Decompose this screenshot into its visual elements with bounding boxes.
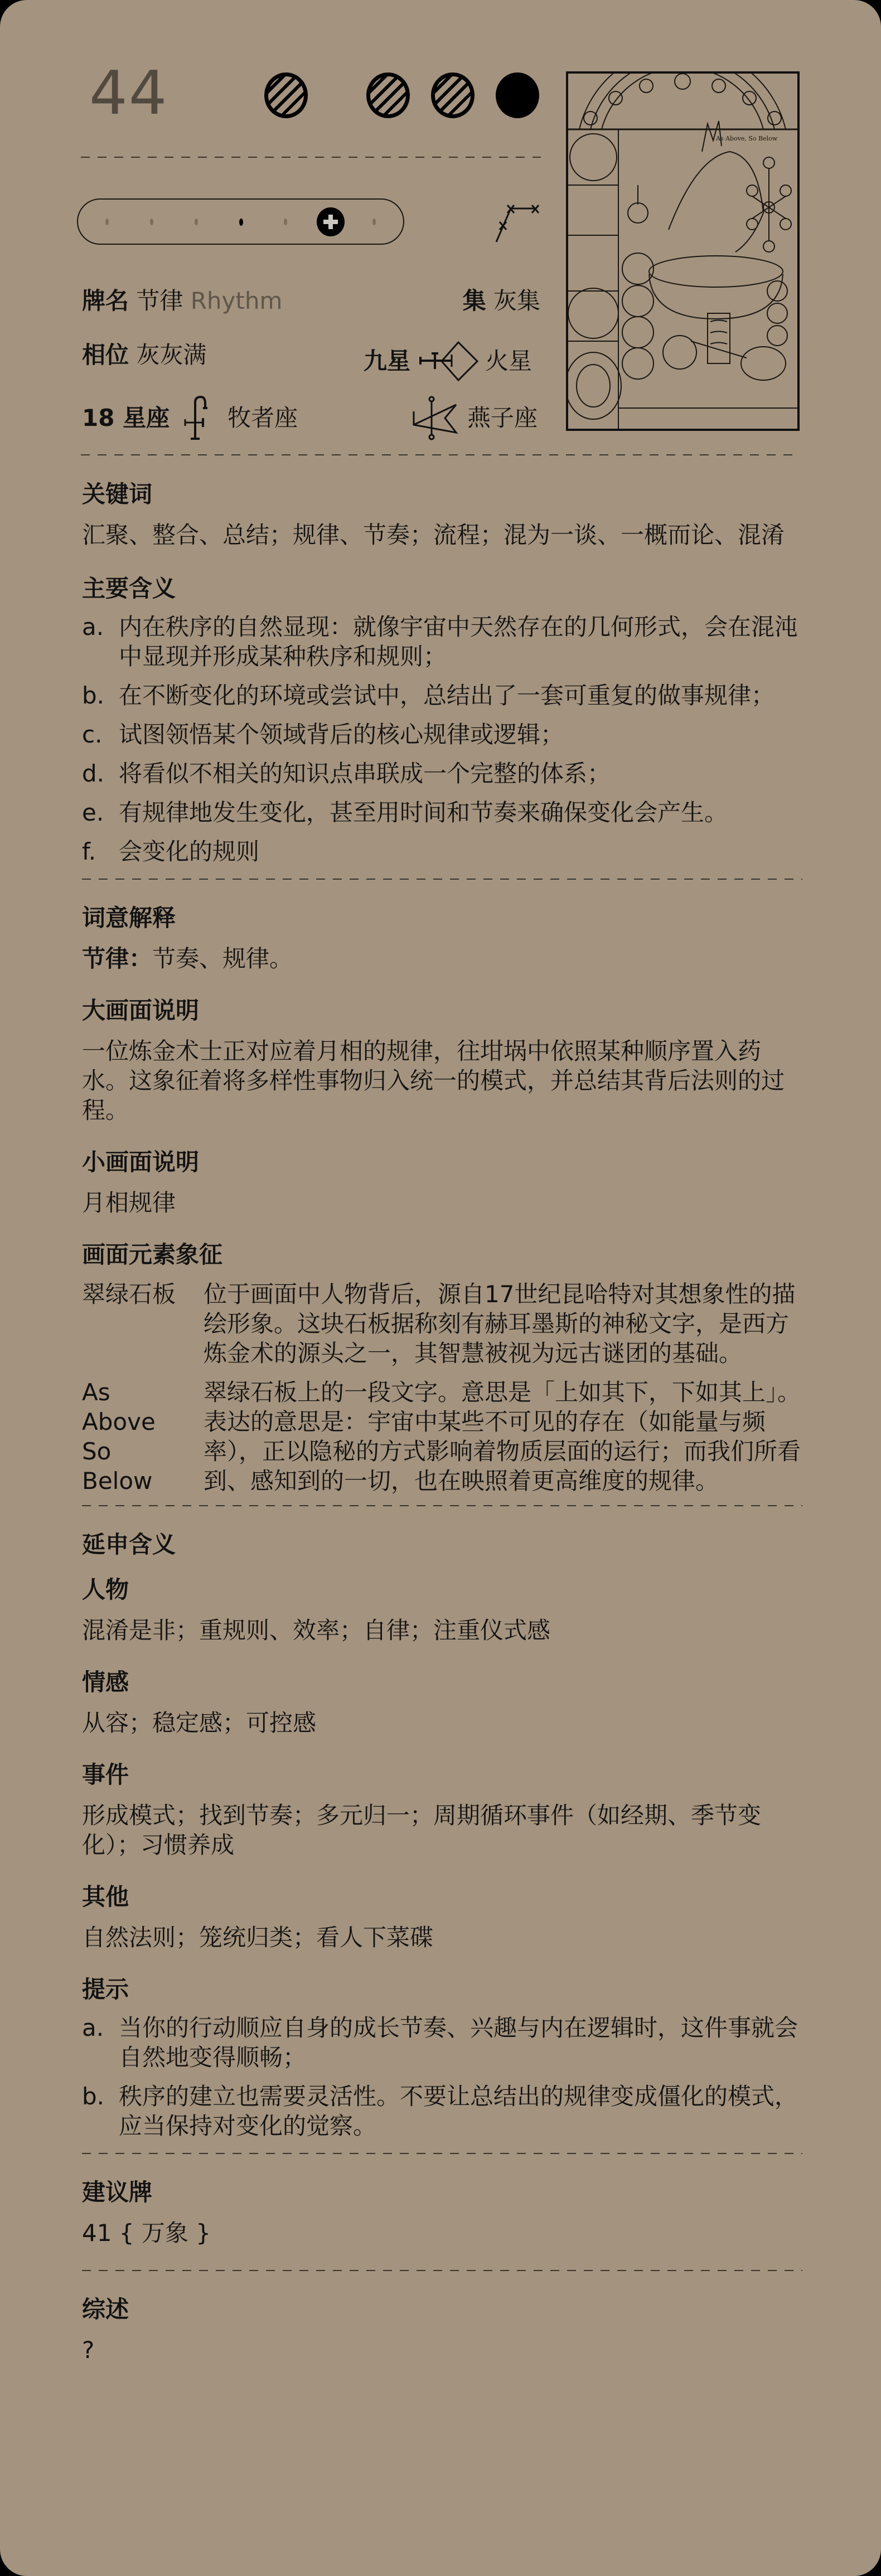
list-marker: e. <box>82 798 119 827</box>
list-marker: b. <box>82 681 119 710</box>
small-picture-section: 小画面说明 月相规律 <box>82 1147 802 1217</box>
word-meaning-text: 节律：节奏、规律。 <box>82 944 802 973</box>
list-text: 在不断变化的环境或尝试中，总结出了一套可重复的做事规律； <box>119 681 802 710</box>
pager-dot[interactable] <box>195 219 198 225</box>
content-body: 关键词 汇聚、整合、总结；规律、节奏；流程；混为一谈、一概而论、混淆 主要含义 … <box>82 479 802 2365</box>
section-title: 延申含义 <box>82 1530 802 1559</box>
list-marker: b. <box>82 2082 119 2141</box>
divider <box>82 879 802 880</box>
hatched-moon-icon <box>366 72 410 118</box>
plus-icon <box>322 214 339 230</box>
hatched-moon-icon <box>264 72 308 118</box>
card-number: 44 <box>89 60 168 127</box>
other-text: 自然法则；笼统归类；看人下菜碟 <box>82 1923 802 1952</box>
divider <box>81 157 541 158</box>
phase-row: 相位 灰灰满 <box>82 341 206 369</box>
list-marker: c. <box>82 720 119 749</box>
section-title: 画面元素象征 <box>82 1240 802 1269</box>
divider <box>81 454 800 455</box>
list-marker: f. <box>82 837 119 866</box>
word-meaning-term: 节律： <box>82 945 152 972</box>
constellation-value-2: 燕子座 <box>467 404 538 432</box>
section-title: 词意解释 <box>82 903 802 933</box>
subsection-title: 提示 <box>82 1975 802 2004</box>
phase-value: 灰灰满 <box>136 341 206 368</box>
emotion-text: 从容；稳定感；可控感 <box>82 1708 802 1738</box>
list-item: b.在不断变化的环境或尝试中，总结出了一套可重复的做事规律； <box>82 681 802 710</box>
list-text: 将看似不相关的知识点串联成一个完整的体系； <box>119 759 802 788</box>
list-item: a.内在秩序的自然显现：就像宇宙中天然存在的几何形式，会在混沌中显现并形成某种秩… <box>82 612 802 671</box>
event-text: 形成模式；找到节奏；多元归一；周期循环事件（如经期、季节变化）；习惯养成 <box>82 1801 802 1860</box>
section-title: 综述 <box>82 2294 802 2324</box>
set-value: 灰集 <box>493 287 540 314</box>
pager-dot[interactable] <box>284 219 287 225</box>
card-detail-page: 44 <box>0 0 881 2576</box>
divider <box>82 2270 802 2271</box>
card-set-row: 集 灰集 <box>463 287 540 315</box>
constellation-row: 18 星座 牧者座 <box>82 396 298 440</box>
subsection-title: 事件 <box>82 1760 802 1789</box>
list-text: 会变化的规则 <box>119 837 802 866</box>
symbol-term: As Above So Below <box>82 1377 204 1496</box>
section-title: 大画面说明 <box>82 996 802 1025</box>
symbols-list: 翠绿石板 位于画面中人物背后，源自17世纪昆哈特对其想象性的描绘形象。这块石板据… <box>82 1279 802 1496</box>
full-moon-icon <box>496 72 539 118</box>
subsection-title: 情感 <box>82 1667 802 1697</box>
small-picture-text: 月相规律 <box>82 1188 802 1217</box>
pager-dot[interactable] <box>150 219 153 225</box>
main-meaning-list: a.内在秩序的自然显现：就像宇宙中天然存在的几何形式，会在混沌中显现并形成某种秩… <box>82 612 802 866</box>
pager-dot[interactable] <box>105 219 109 225</box>
list-item: c.试图领悟某个领域背后的核心规律或逻辑； <box>82 720 802 749</box>
list-item: d.将看似不相关的知识点串联成一个完整的体系； <box>82 759 802 788</box>
list-marker: a. <box>82 2013 119 2072</box>
card-name-row: 牌名 节律 Rhythm <box>82 287 282 315</box>
people-text: 混淆是非；重规则、效率；自律；注重仪式感 <box>82 1616 802 1645</box>
constellation-value-1: 牧者座 <box>227 404 298 432</box>
symbol-row: 翠绿石板 位于画面中人物背后，源自17世纪昆哈特对其想象性的描绘形象。这块石板据… <box>82 1279 802 1368</box>
list-item: a.当你的行动顺应自身的成长节奏、兴趣与内在逻辑时，这件事就会自然地变得顺畅； <box>82 2013 802 2072</box>
summary-section: 综述 ? <box>82 2294 802 2365</box>
list-marker: a. <box>82 612 119 671</box>
section-title: 建议牌 <box>82 2177 802 2207</box>
list-text: 试图领悟某个领域背后的核心规律或逻辑； <box>119 720 802 749</box>
nine-star-value: 火星 <box>485 347 532 375</box>
list-marker: d. <box>82 759 119 788</box>
symbol-desc: 翠绿石板上的一段文字。意思是「上如其下，下如其上」。表达的意思是：宇宙中某些不可… <box>204 1377 802 1496</box>
word-meaning-section: 词意解释 节律：节奏、规律。 <box>82 903 802 973</box>
extended-section: 延申含义 人物 混淆是非；重规则、效率；自律；注重仪式感 情感 从容；稳定感；可… <box>82 1530 802 2141</box>
list-item: f.会变化的规则 <box>82 837 802 866</box>
list-item: b.秩序的建立也需要灵活性。不要让总结出的规律变成僵化的模式，应当保持对变化的觉… <box>82 2082 802 2141</box>
card-name-label: 牌名 <box>82 287 129 314</box>
pager-dot-active[interactable] <box>239 219 243 226</box>
section-title: 关键词 <box>82 479 802 509</box>
set-label: 集 <box>463 287 486 314</box>
card-name-cn: 节律 <box>136 287 183 314</box>
hatched-moon-icon <box>431 72 475 118</box>
symbols-section: 画面元素象征 翠绿石板 位于画面中人物背后，源自17世纪昆哈特对其想象性的描绘形… <box>82 1240 802 1496</box>
tips-list: a.当你的行动顺应自身的成长节奏、兴趣与内在逻辑时，这件事就会自然地变得顺畅； … <box>82 2013 802 2141</box>
main-meaning-section: 主要含义 a.内在秩序的自然显现：就像宇宙中天然存在的几何形式，会在混沌中显现并… <box>82 574 802 866</box>
big-picture-text: 一位炼金术士正对应着月相的规律，往坩埚中依照某种顺序置入药水。这象征着将多样性事… <box>82 1036 802 1125</box>
pager-dot[interactable] <box>372 219 376 225</box>
swallow-sigil-icon <box>413 396 459 440</box>
big-picture-section: 大画面说明 一位炼金术士正对应着月相的规律，往坩埚中依照某种顺序置入药水。这象征… <box>82 996 802 1125</box>
symbol-term: 翠绿石板 <box>82 1279 204 1368</box>
mars-sigil-icon <box>418 341 480 381</box>
alchemist-illustration: As Above, So Below <box>568 74 797 429</box>
keywords-section: 关键词 汇聚、整合、总结；规律、节奏；流程；混为一谈、一概而论、混淆 <box>82 479 802 550</box>
list-text: 有规律地发生变化，甚至用时间和节奏来确保变化会产生。 <box>119 798 802 827</box>
svg-text:As Above, So Below: As Above, So Below <box>715 135 778 142</box>
divider <box>82 2153 802 2154</box>
nine-star-label: 九星 <box>364 347 410 375</box>
symbol-desc: 位于画面中人物背后，源自17世纪昆哈特对其想象性的描绘形象。这块石板据称刻有赫耳… <box>204 1279 802 1368</box>
card-name-en: Rhythm <box>191 287 283 314</box>
section-title: 主要含义 <box>82 574 802 603</box>
constellation-label: 18 星座 <box>82 404 170 432</box>
suggested-card-link[interactable]: 41 { 万象 } <box>82 2218 802 2248</box>
list-text: 秩序的建立也需要灵活性。不要让总结出的规律变成僵化的模式，应当保持对变化的觉察。 <box>119 2082 802 2141</box>
list-text: 内在秩序的自然显现：就像宇宙中天然存在的几何形式，会在混沌中显现并形成某种秩序和… <box>119 612 802 671</box>
constellation-row-2: 燕子座 <box>413 396 538 440</box>
subsection-title: 其他 <box>82 1882 802 1912</box>
word-meaning-desc: 节奏、规律。 <box>152 945 293 972</box>
section-title: 小画面说明 <box>82 1147 802 1177</box>
keywords-text: 汇聚、整合、总结；规律、节奏；流程；混为一谈、一概而论、混淆 <box>82 520 802 550</box>
subsection-title: 人物 <box>82 1575 802 1604</box>
list-item: e.有规律地发生变化，甚至用时间和节奏来确保变化会产生。 <box>82 798 802 827</box>
constellation-icon[interactable] <box>491 201 542 243</box>
symbol-row: As Above So Below 翠绿石板上的一段文字。意思是「上如其下，下如… <box>82 1377 802 1496</box>
summary-text: ? <box>82 2335 802 2365</box>
list-text: 当你的行动顺应自身的成长节奏、兴趣与内在逻辑时，这件事就会自然地变得顺畅； <box>119 2013 802 2072</box>
add-button[interactable] <box>317 207 345 236</box>
bootes-sigil-icon <box>184 396 212 440</box>
phase-label: 相位 <box>82 341 129 368</box>
suggested-card-section: 建议牌 41 { 万象 } <box>82 2177 802 2248</box>
card-illustration: As Above, So Below <box>566 71 800 431</box>
divider <box>82 1505 802 1506</box>
nine-star-row: 九星 火星 <box>364 341 532 381</box>
